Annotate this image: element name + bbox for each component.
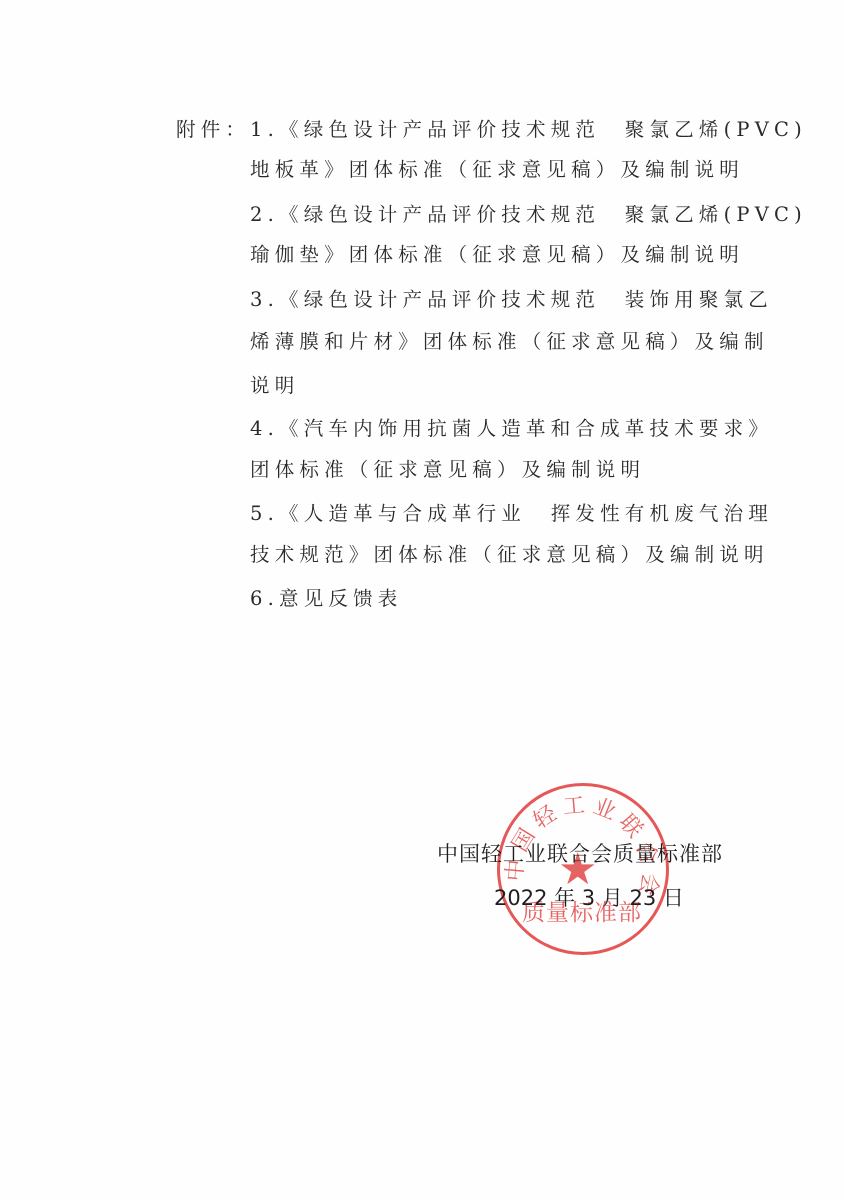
- attachment-line: 团体标准（征求意见稿）及编制说明: [250, 458, 645, 482]
- attachment-line: 技术规范》团体标准（征求意见稿）及编制说明: [250, 543, 769, 567]
- attachment-line: 4.《汽车内饰用抗菌人造革和合成革技术要求》: [250, 417, 773, 441]
- attachment-line: 地板革》团体标准（征求意见稿）及编制说明: [250, 158, 744, 182]
- attachment-line: 烯薄膜和片材》团体标准（征求意见稿）及编制: [250, 330, 769, 354]
- attachment-line: 3.《绿色设计产品评价技术规范 装饰用聚氯乙: [250, 288, 773, 312]
- attachments-label: 附件：: [176, 118, 250, 142]
- official-seal: 中国轻工业联合会 ★ 质量标准部: [497, 783, 669, 955]
- attachment-line: 说明: [250, 374, 299, 398]
- attachment-line: 瑜伽垫》团体标准（征求意见稿）及编制说明: [250, 243, 744, 267]
- attachment-line: 2.《绿色设计产品评价技术规范 聚氯乙烯(PVC): [250, 203, 807, 227]
- attachment-line: 1.《绿色设计产品评价技术规范 聚氯乙烯(PVC): [250, 118, 807, 142]
- attachment-line: 5.《人造革与合成革行业 挥发性有机废气治理: [250, 502, 773, 526]
- issuing-organization: 中国轻工业联合会质量标准部: [437, 838, 723, 868]
- attachment-line: 6.意见反馈表: [250, 587, 403, 611]
- document-page: 附件： 1.《绿色设计产品评价技术规范 聚氯乙烯(PVC) 地板革》团体标准（征…: [0, 0, 844, 1200]
- issue-date: 2022 年 3 月 23 日: [494, 882, 684, 912]
